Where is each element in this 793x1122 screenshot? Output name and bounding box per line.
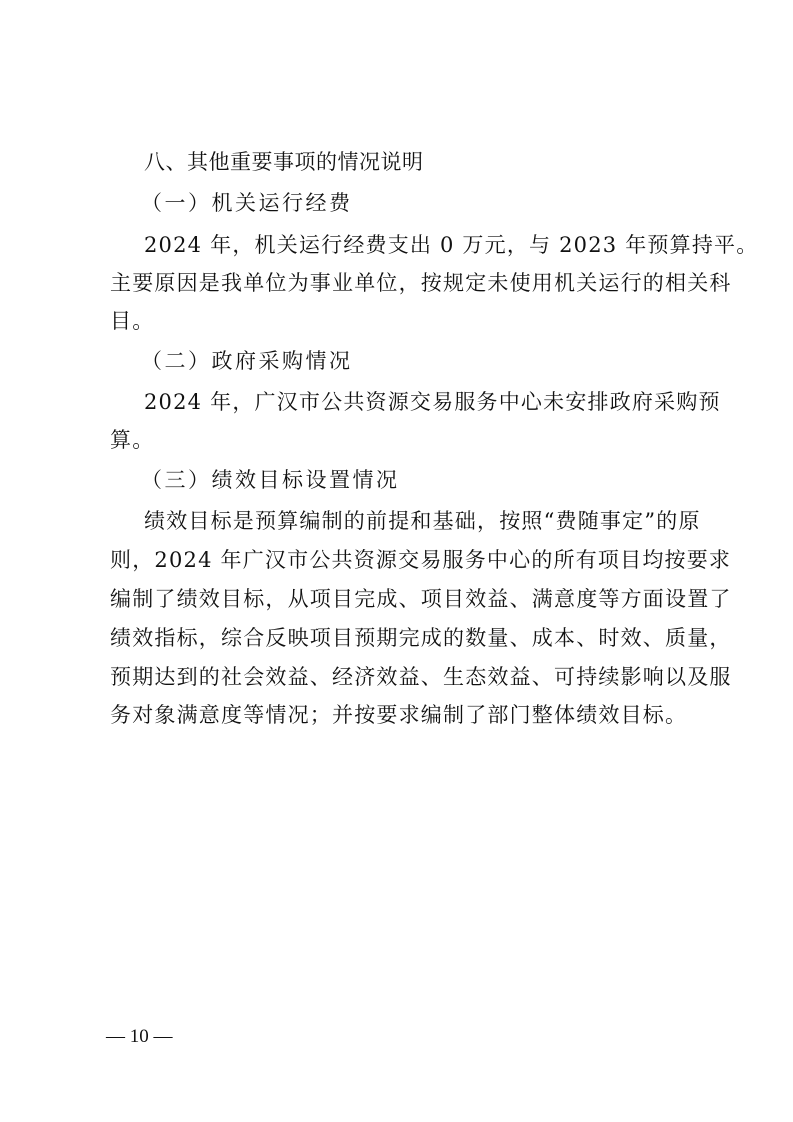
subsection-title-1: （一）机关运行经费	[141, 188, 721, 218]
subsection-title-3: （三）绩效目标设置情况	[141, 465, 721, 495]
paragraph-line: 编制了绩效目标，从项目完成、项目效益、满意度等方面设置了	[110, 584, 690, 614]
paragraph-line: 算。	[110, 425, 690, 455]
paragraph-line: 目。	[110, 306, 690, 336]
paragraph-line: 绩效目标是预算编制的前提和基础，按照“费随事定”的原	[144, 506, 690, 536]
paragraph-line: 预期达到的社会效益、经济效益、生态效益、可持续影响以及服	[110, 662, 690, 692]
paragraph-line: 则，2024 年广汉市公共资源交易服务中心的所有项目均按要求	[110, 545, 690, 575]
paragraph-line: 2024 年，广汉市公共资源交易服务中心未安排政府采购预	[144, 387, 690, 417]
paragraph-line: 务对象满意度等情况；并按要求编制了部门整体绩效目标。	[110, 700, 690, 730]
paragraph-line: 2024 年，机关运行经费支出 0 万元，与 2023 年预算持平。	[144, 230, 690, 260]
paragraph-line: 绩效指标，综合反映项目预期完成的数量、成本、时效、质量，	[110, 623, 690, 653]
section-title: 八、其他重要事项的情况说明	[144, 147, 724, 177]
page-number: — 10 —	[106, 1024, 173, 1050]
paragraph-line: 主要原因是我单位为事业单位，按规定未使用机关运行的相关科	[110, 268, 690, 298]
document-page: 八、其他重要事项的情况说明 （一）机关运行经费 2024 年，机关运行经费支出 …	[0, 0, 793, 1122]
subsection-title-2: （二）政府采购情况	[141, 346, 721, 376]
